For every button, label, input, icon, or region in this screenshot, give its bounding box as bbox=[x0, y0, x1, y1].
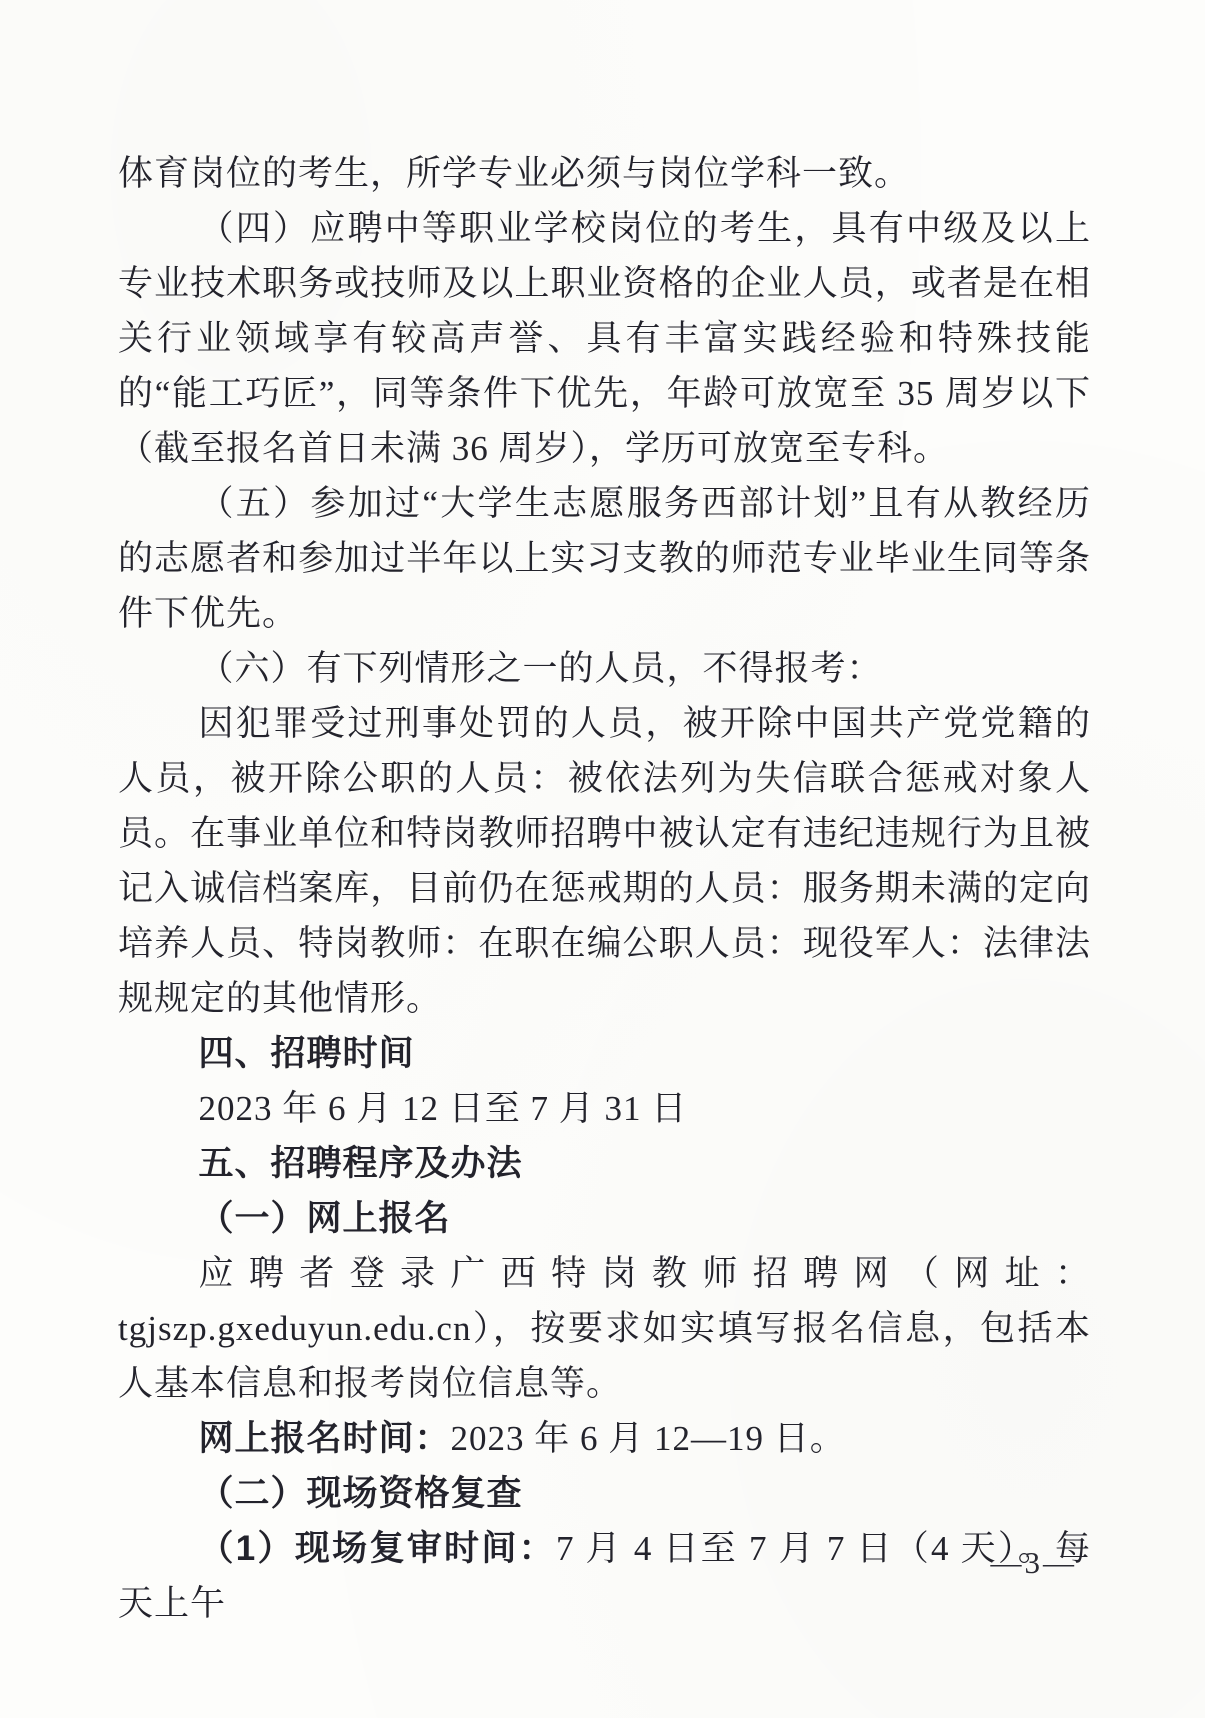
recruitment-time-paragraph: 2023 年 6 月 12 日至 7 月 31 日 bbox=[118, 1081, 1091, 1136]
paragraph-text: 2023 年 6 月 12—19 日。 bbox=[451, 1419, 846, 1458]
heading-text: 五、招聘程序及办法 bbox=[199, 1144, 523, 1183]
paragraph-text: （五）参加过“大学生志愿服务西部计划”且有从教经历的志愿者和参加过半年以上实习支… bbox=[118, 484, 1091, 633]
paragraph-text: 应聘者登录广西特岗教师招聘网（网址：tgjszp.gxeduyun.edu.cn… bbox=[118, 1254, 1091, 1403]
section-heading-recruitment-time: 四、招聘时间 bbox=[118, 1026, 1091, 1081]
clause-4-paragraph: （四）应聘中等职业学校岗位的考生，具有中级及以上专业技术职务或技师及以上职业资格… bbox=[118, 201, 1091, 476]
document-body: 体育岗位的考生，所学专业必须与岗位学科一致。 （四）应聘中等职业学校岗位的考生，… bbox=[118, 146, 1091, 1631]
paragraph-text: 体育岗位的考生，所学专业必须与岗位学科一致。 bbox=[118, 154, 910, 193]
paragraph-continuation: 体育岗位的考生，所学专业必须与岗位学科一致。 bbox=[118, 146, 1091, 201]
clause-5-paragraph: （五）参加过“大学生志愿服务西部计划”且有从教经历的志愿者和参加过半年以上实习支… bbox=[118, 476, 1091, 641]
page-number: —3— bbox=[991, 1545, 1078, 1581]
paragraph-text: 因犯罪受过刑事处罚的人员，被开除中国共产党党籍的人员，被开除公职的人员：被依法列… bbox=[118, 704, 1091, 1018]
clause-6-paragraph: （六）有下列情形之一的人员，不得报考： bbox=[118, 641, 1091, 696]
paragraph-text: 2023 年 6 月 12 日至 7 月 31 日 bbox=[199, 1089, 688, 1128]
subsection-heading-onsite-review: （二）现场资格复查 bbox=[118, 1466, 1091, 1521]
section-heading-procedure: 五、招聘程序及办法 bbox=[118, 1136, 1091, 1191]
paragraph-text: （四）应聘中等职业学校岗位的考生，具有中级及以上专业技术职务或技师及以上职业资格… bbox=[118, 209, 1091, 468]
registration-period-paragraph: 网上报名时间：2023 年 6 月 12—19 日。 bbox=[118, 1411, 1091, 1466]
disqualification-paragraph: 因犯罪受过刑事处罚的人员，被开除中国共产党党籍的人员，被开除公职的人员：被依法列… bbox=[118, 696, 1091, 1026]
paragraph-lead-bold: 网上报名时间： bbox=[199, 1419, 451, 1458]
paragraph-text: （六）有下列情形之一的人员，不得报考： bbox=[199, 649, 883, 688]
scanned-document-page: 体育岗位的考生，所学专业必须与岗位学科一致。 （四）应聘中等职业学校岗位的考生，… bbox=[0, 0, 1205, 1718]
heading-text: 四、招聘时间 bbox=[199, 1034, 415, 1073]
paragraph-lead-bold: （1）现场复审时间： bbox=[199, 1529, 556, 1568]
onsite-review-time-paragraph: （1）现场复审时间：7 月 4 日至 7 月 7 日（4 天）。每天上午 bbox=[118, 1521, 1091, 1631]
online-registration-paragraph: 应聘者登录广西特岗教师招聘网（网址：tgjszp.gxeduyun.edu.cn… bbox=[118, 1246, 1091, 1411]
subsection-heading-online-registration: （一）网上报名 bbox=[118, 1191, 1091, 1246]
heading-text: （一）网上报名 bbox=[199, 1199, 451, 1238]
heading-text: （二）现场资格复查 bbox=[199, 1474, 523, 1513]
